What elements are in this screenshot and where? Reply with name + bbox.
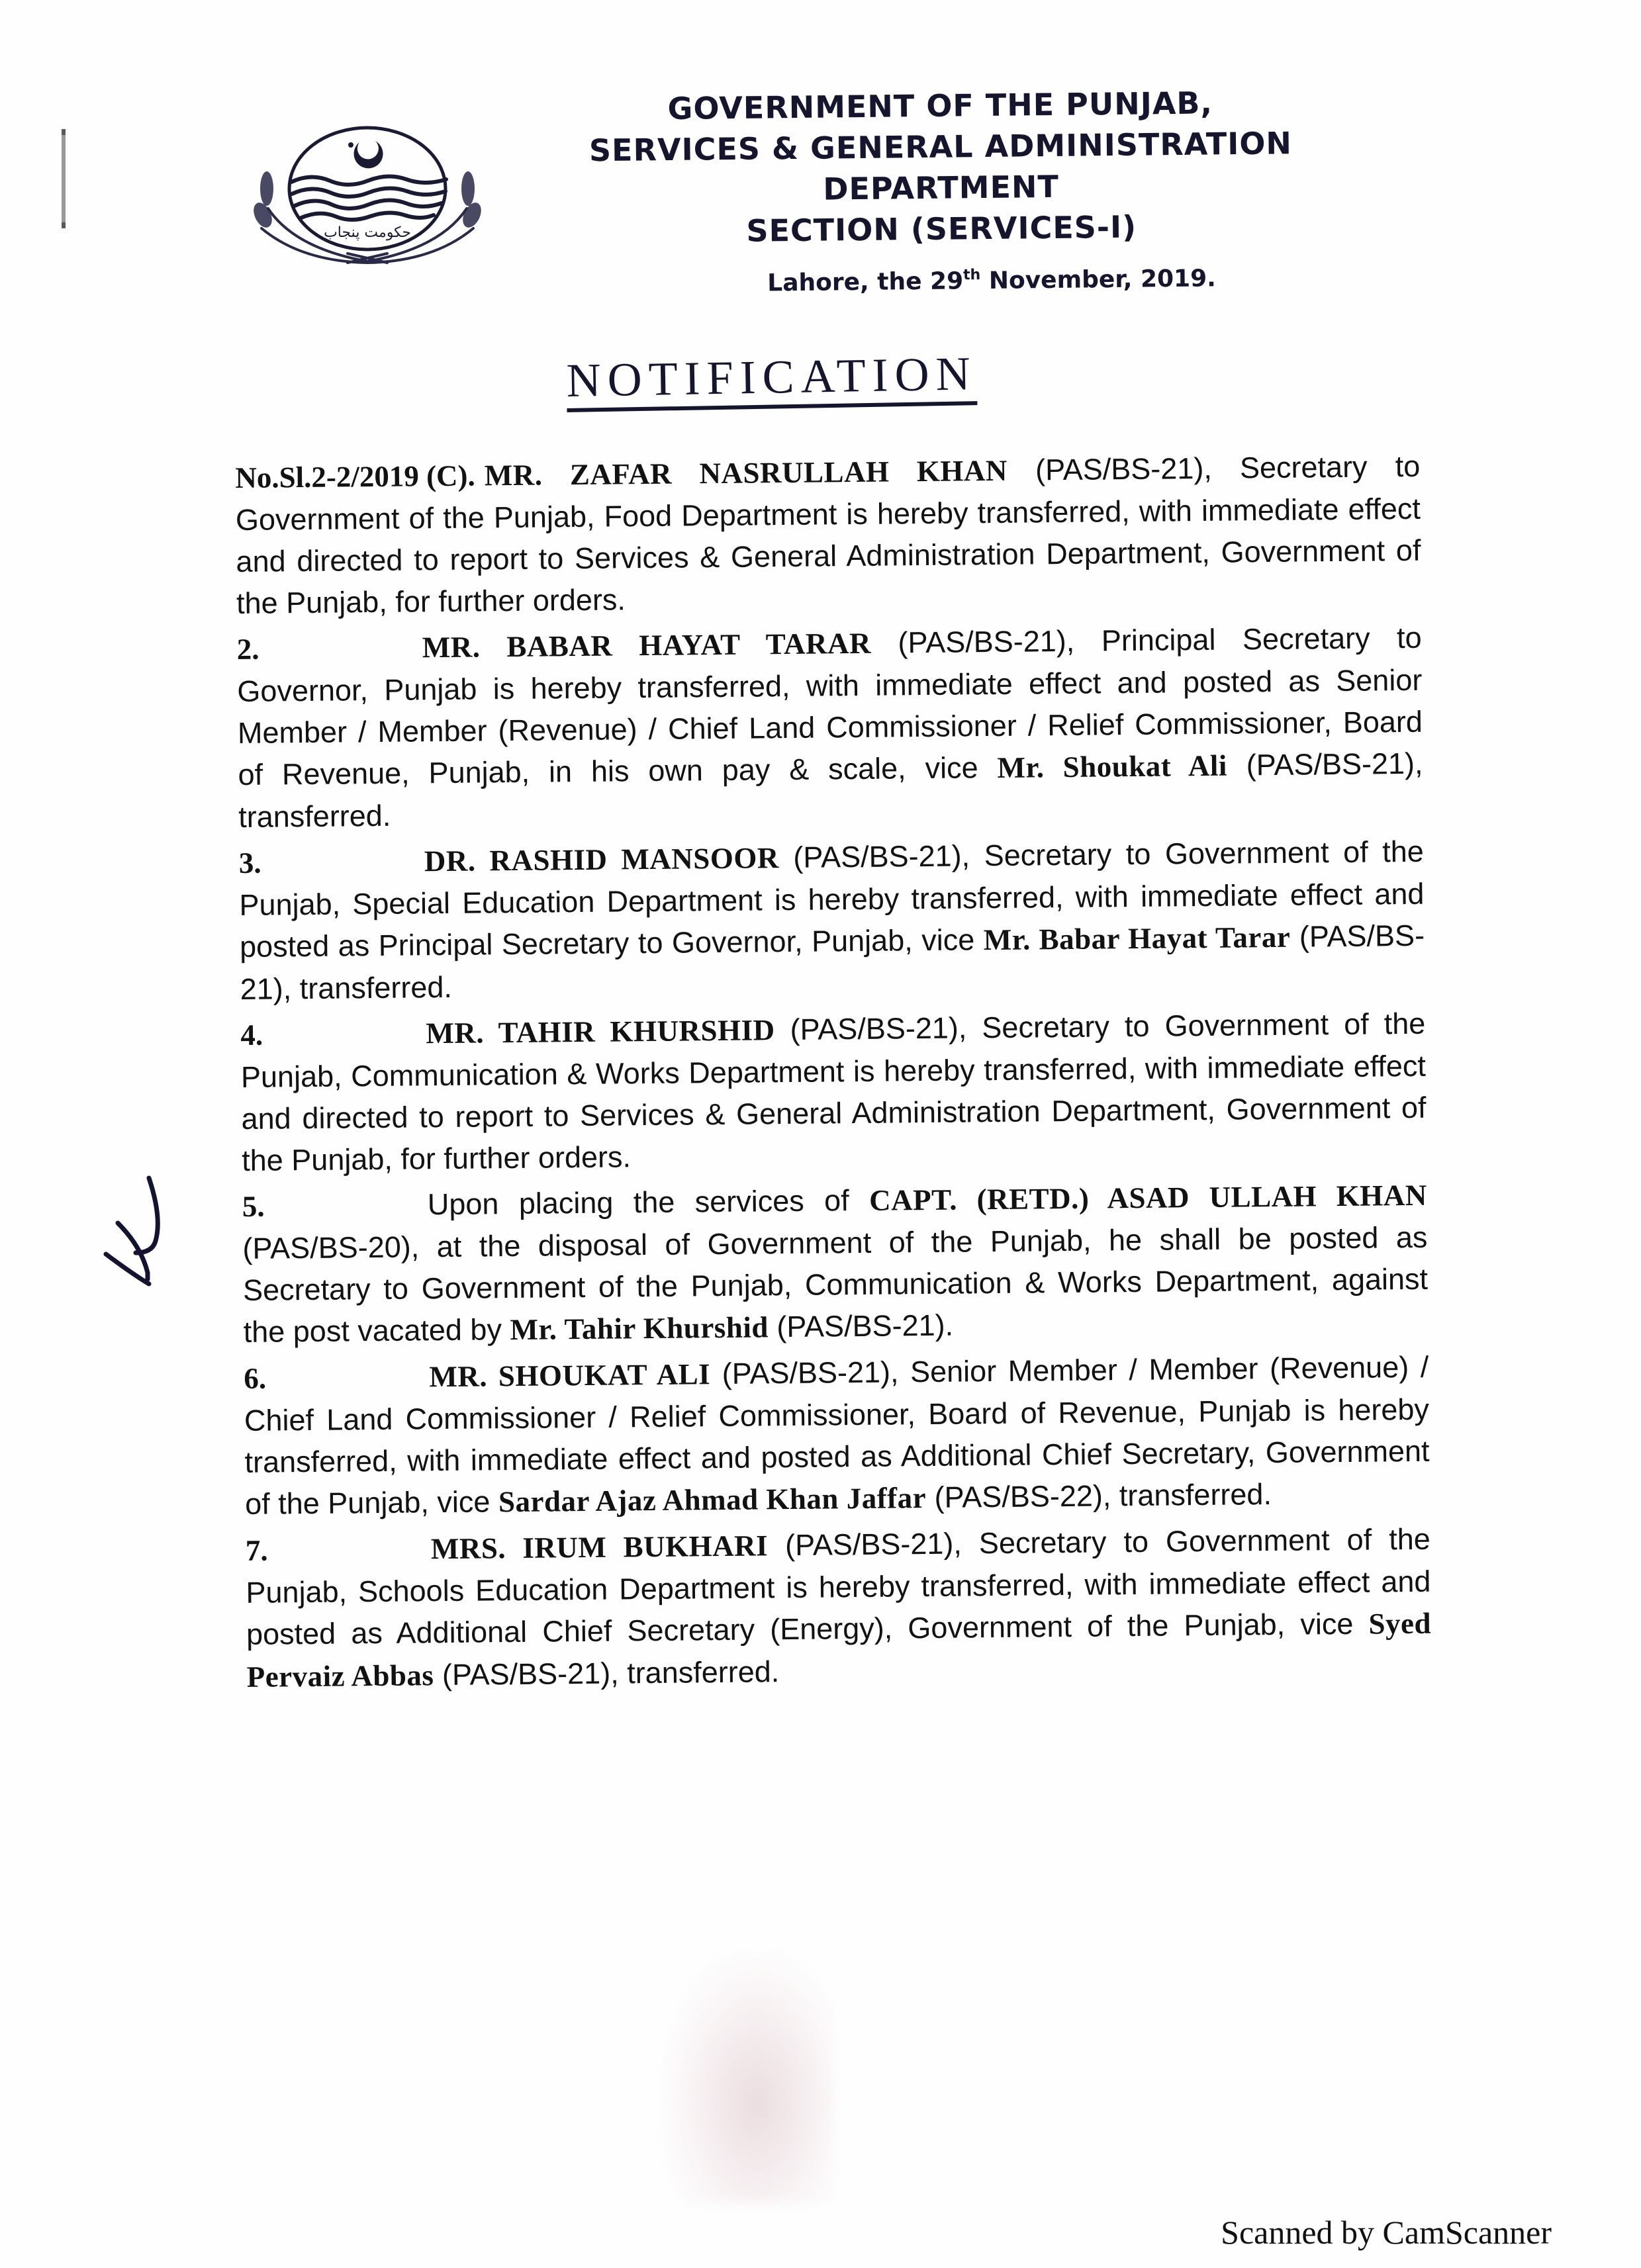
notification-paragraph: No.Sl.2-2/2019 (C).MR. ZAFAR NASRULLAH K… [235,445,1421,624]
scanner-watermark: Scanned by CamScanner [1221,2213,1552,2251]
svg-text:حکومت پنجاب: حکومت پنجاب [324,224,411,241]
issue-date: Lahore, the 29th November, 2019. [545,257,1339,300]
officer-name: Mr. Tahir Khurshid [510,1310,769,1346]
notification-paragraph: 6.MR. SHOUKAT ALI (PAS/BS-21), Senior Me… [244,1346,1430,1525]
officer-name: Sardar Ajaz Ahmad Khan Jaffar [498,1481,927,1518]
officer-name: Mr. Babar Hayat Tarar [984,921,1291,956]
punjab-emblem-icon: حکومت پنجاب [248,116,487,275]
officer-name: MR. TAHIR KHURSHID [426,1013,775,1050]
notification-paragraph: 3.DR. RASHID MANSOOR (PAS/BS-21), Secret… [239,831,1425,1010]
notification-paragraph: 5.Upon placing the services of CAPT. (RE… [242,1174,1429,1353]
paragraph-number: 4. [240,1013,426,1056]
notification-paragraph: 2.MR. BABAR HAYAT TARAR (PAS/BS-21), Pri… [236,617,1423,838]
document-page: حکومت پنجاب GOVERNMENT OF THE PUNJAB, SE… [0,0,1641,2268]
scan-smudge [662,1952,834,2204]
officer-name: DR. RASHID MANSOOR [424,841,779,878]
notification-title: NOTIFICATION [566,347,977,412]
header-department-name: SERVICES & GENERAL ADMINISTRATION [543,122,1338,171]
paragraph-number: 3. [239,840,425,884]
officer-name: MR. SHOUKAT ALI [429,1357,710,1393]
officer-name: CAPT. (RETD.) ASAD ULLAH KHAN [869,1179,1427,1217]
paragraph-number: 6. [244,1356,430,1400]
paragraph-text: (PAS/BS-21), transferred. [434,1655,779,1692]
paragraph-text: (PAS/BS-21). [769,1308,954,1344]
letterhead: GOVERNMENT OF THE PUNJAB, SERVICES & GEN… [543,81,1339,300]
header-section: SECTION (SERVICES-I) [544,204,1339,253]
notification-paragraph: 7.MRS. IRUM BUKHARI (PAS/BS-21), Secreta… [246,1518,1432,1698]
officer-name: MRS. IRUM BUKHARI [431,1529,769,1565]
officer-name: MR. BABAR HAYAT TARAR [422,627,872,664]
date-ordinal: th [963,267,980,283]
notification-paragraph: 4.MR. TAHIR KHURSHID (PAS/BS-21), Secret… [240,1003,1427,1181]
paragraph-text: (PAS/BS-22), transferred. [926,1477,1272,1514]
notification-body: No.Sl.2-2/2019 (C).MR. ZAFAR NASRULLAH K… [235,445,1432,1702]
paragraph-text: Upon placing the services of [428,1183,870,1221]
officer-name: Mr. Shoukat Ali [997,749,1227,784]
paragraph-number: 5. [242,1184,428,1228]
date-suffix: November, 2019. [980,265,1216,295]
margin-mark [62,129,66,228]
officer-name: MR. ZAFAR NASRULLAH KHAN [485,454,1008,492]
date-prefix: Lahore, the 29 [767,267,963,296]
handwritten-tick-icon [99,1171,172,1297]
paragraph-number: 7. [246,1528,432,1572]
paragraph-number: No.Sl.2-2/2019 (C). [235,455,475,499]
paragraph-number: 2. [236,627,422,670]
